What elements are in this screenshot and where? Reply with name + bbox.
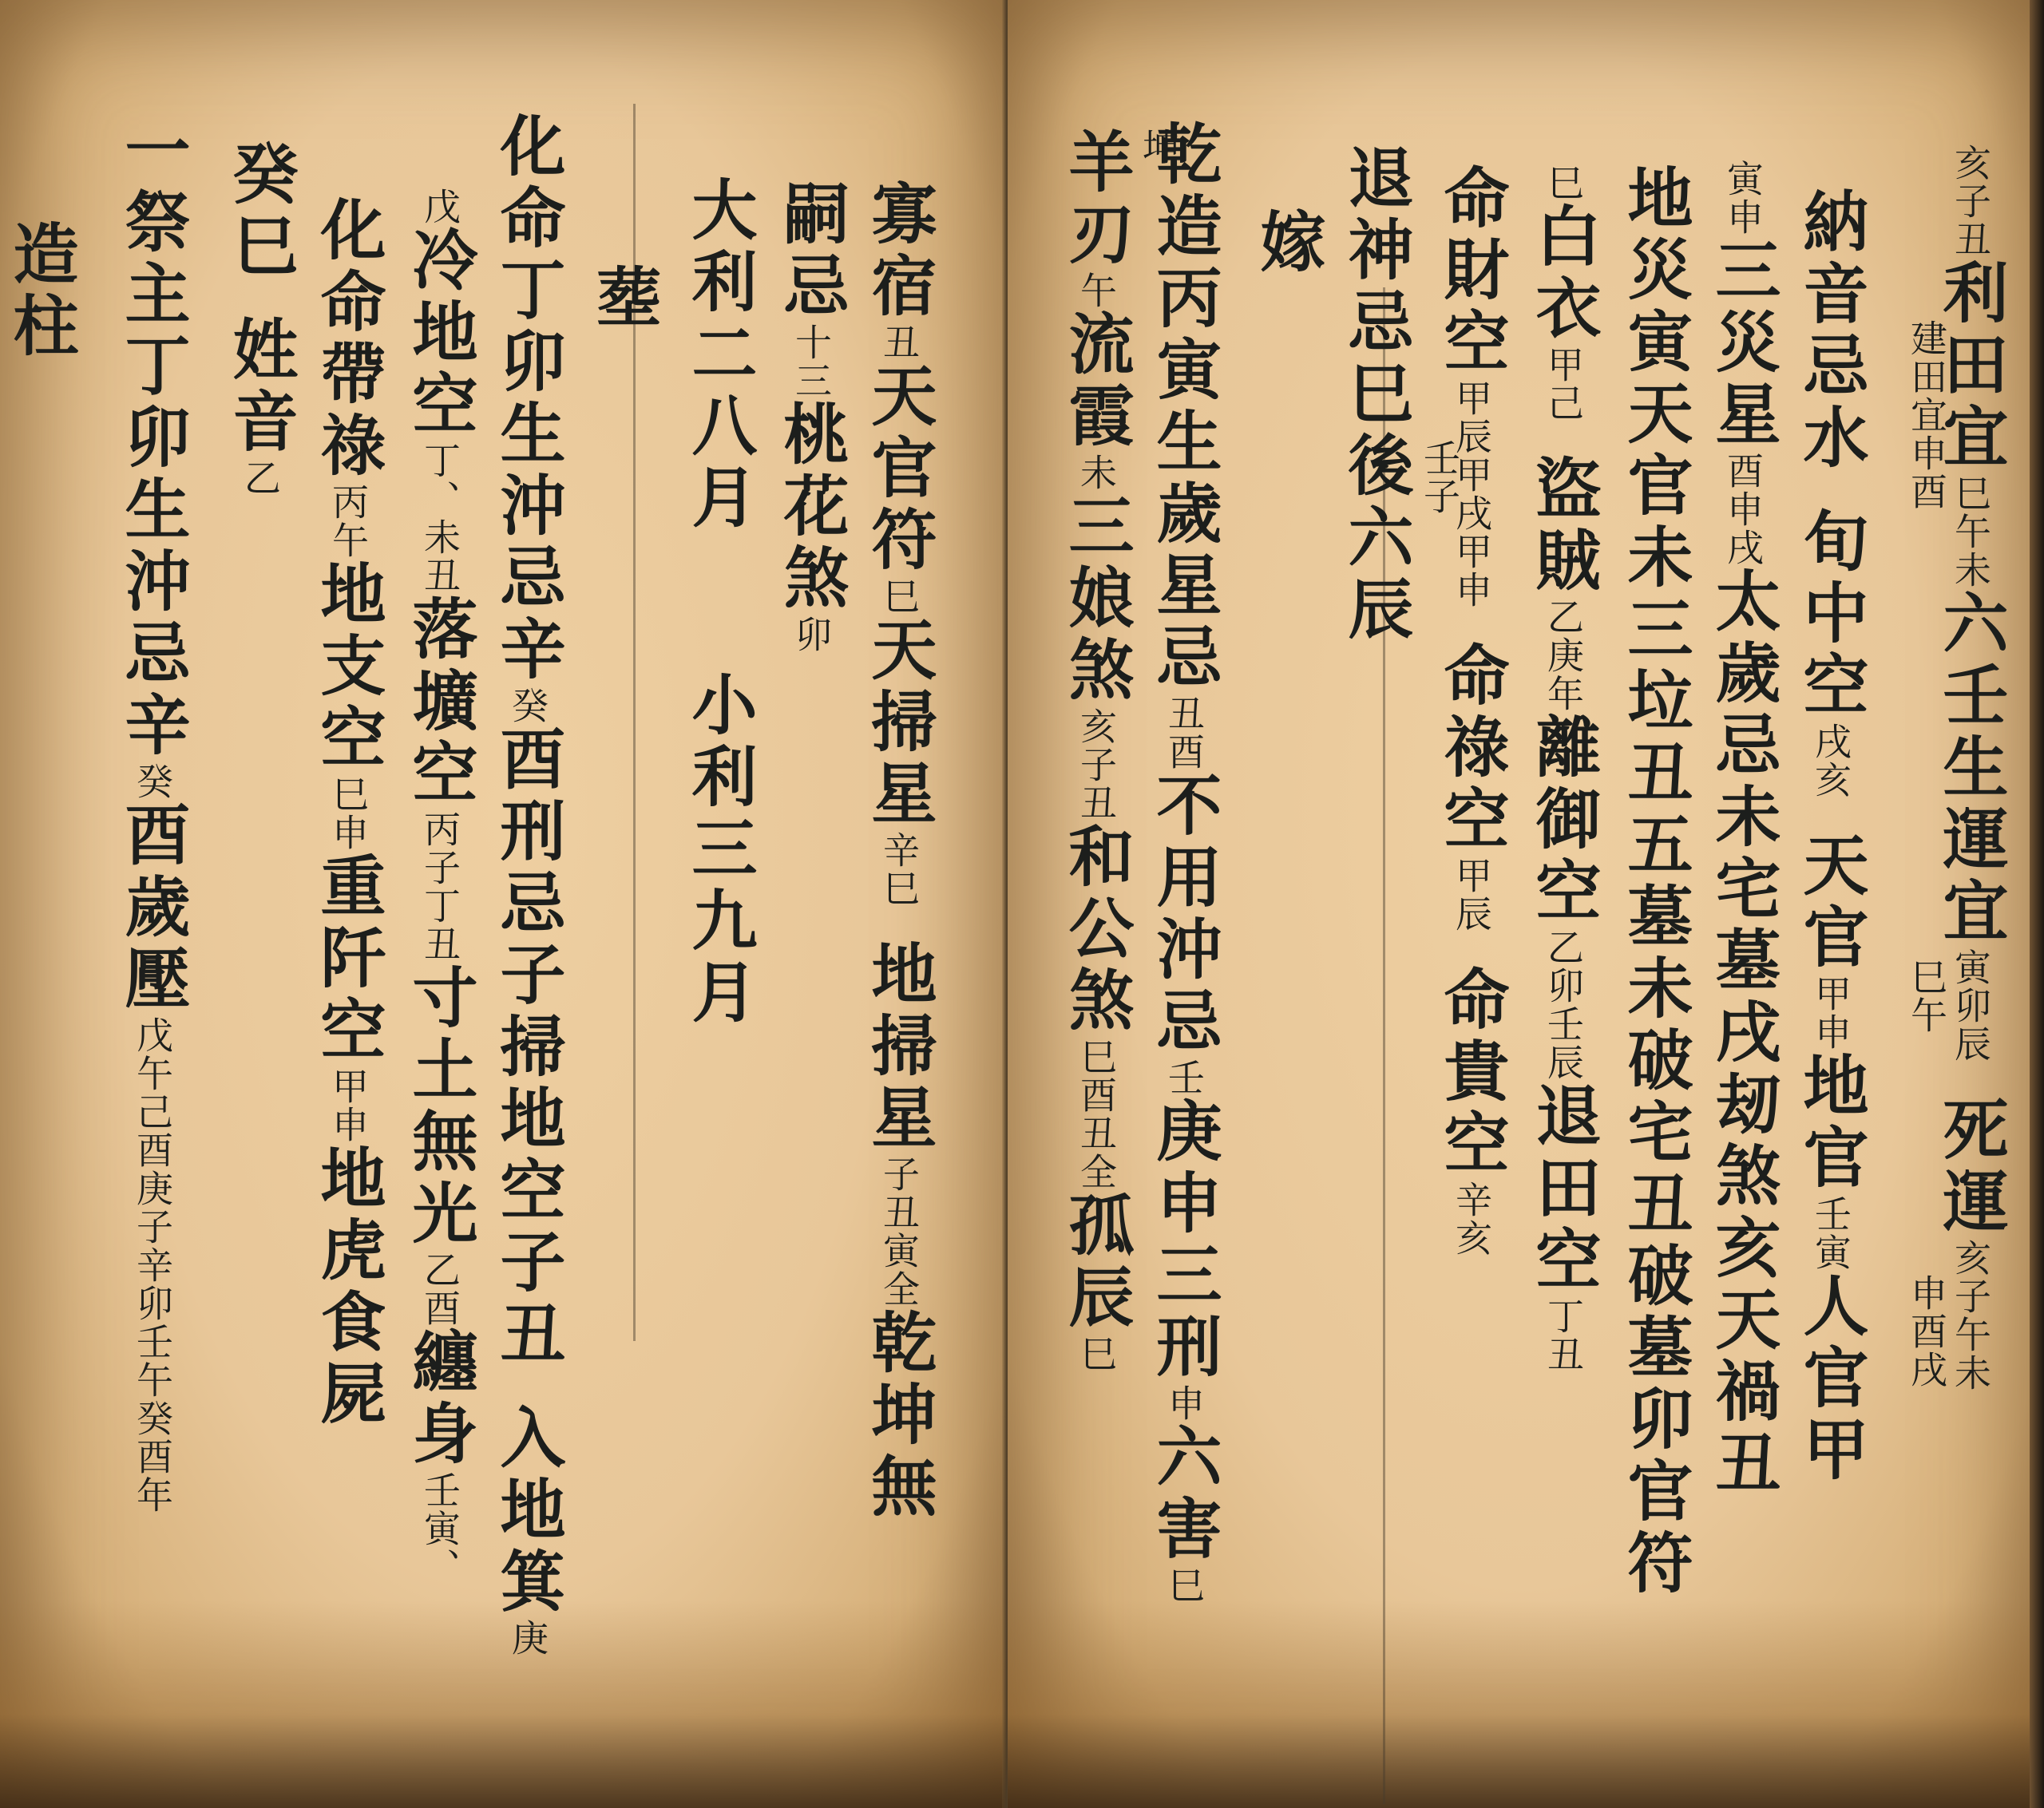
text: 地災寅天官未三垃丑五墓未破宅丑破墓卯官符 xyxy=(1617,164,1693,1600)
section-heading: 嫁 xyxy=(1250,208,1326,279)
annotation: 壬寅、 xyxy=(418,1471,461,1586)
text: 寡宿 xyxy=(861,180,937,323)
text: 入地 xyxy=(489,1403,566,1547)
text: 癸巳 xyxy=(222,140,299,283)
section-heading: 塟 xyxy=(585,263,662,335)
annotation: 申酉 xyxy=(1905,434,1948,511)
text: 地支空 xyxy=(310,560,386,775)
text: 三災星 xyxy=(1705,236,1781,452)
column-r9-heading: 嫁 xyxy=(1255,208,1321,279)
annotation: 癸 xyxy=(506,686,549,725)
text: 重阡空 xyxy=(310,852,386,1067)
text: 箕 xyxy=(489,1547,566,1619)
text: 一祭主丁卯生沖忌 xyxy=(114,116,191,690)
annotation: 巳申 xyxy=(327,775,370,852)
text: 刼煞亥 xyxy=(1705,1070,1781,1285)
column-l3: 大利二八月小利三九月 xyxy=(687,176,752,1030)
text: 大利二八月 xyxy=(681,176,758,535)
annotation: 申 xyxy=(1163,1384,1206,1422)
text: 化命丁卯生沖忌 xyxy=(489,112,566,615)
text: 地虎食屍 xyxy=(310,1144,386,1431)
text: 地掃星 xyxy=(861,940,937,1155)
column-l4-heading: 塟 xyxy=(591,263,656,335)
column-l9: 一祭主丁卯生沖忌辛癸酉歲壓戊午己酉庚子辛卯壬午癸酉年 xyxy=(120,116,185,1514)
text: 嗣忌 xyxy=(773,180,850,323)
annotation: 丁、未 xyxy=(418,441,461,556)
text: 納音忌水 xyxy=(1792,188,1869,475)
column-l1: 寡宿丑天官符巳天掃星辛巳地掃星子丑寅全乾坤無 xyxy=(866,180,932,1524)
column-r10-note: 坤 xyxy=(1126,128,1191,166)
annotation: 丙午 xyxy=(327,483,370,560)
text: 化命帶祿 xyxy=(310,196,386,483)
annotation: 甲申 xyxy=(327,1067,370,1144)
annotation: 巳 xyxy=(1075,1335,1118,1373)
text: 太歲忌未 xyxy=(1705,567,1781,854)
column-l7: 化命帶祿丙午地支空巳申重阡空甲申地虎食屍 xyxy=(315,196,381,1431)
annotation: 丁丑 xyxy=(1542,1297,1585,1374)
annotation: 丑 xyxy=(877,323,921,362)
annotation: 壬子 xyxy=(1418,439,1461,516)
annotation: 丑 xyxy=(418,556,461,595)
text: 命祿空 xyxy=(1433,641,1510,857)
column-l6: 戊冷地空丁、未丑落壙空丙子丁丑寸土無光乙酉纏身壬寅、 xyxy=(407,188,473,1586)
annotation: 壬 xyxy=(1163,1058,1206,1097)
annotation: 丙子丁丑 xyxy=(418,810,461,963)
text: 造丙寅生歲星忌 xyxy=(1146,192,1222,694)
column-r7: 命財空甲辰甲戌甲申命祿空甲辰命貴空辛亥 xyxy=(1439,164,1504,1257)
text: 天官 xyxy=(1792,831,1869,975)
annotation: 戊 xyxy=(418,188,461,226)
text: 白衣 xyxy=(1525,202,1602,346)
text: 天禍丑 xyxy=(1705,1285,1781,1501)
text: 宅墓戌 xyxy=(1705,854,1781,1070)
text: 羊刃 xyxy=(1058,128,1135,271)
column-l2: 嗣忌十三桃花煞卯 xyxy=(778,180,844,654)
text: 盜賊 xyxy=(1525,454,1602,598)
water-stain xyxy=(1008,1600,2044,1808)
text: 冷地空 xyxy=(402,226,478,441)
annotation: 乙酉 xyxy=(418,1251,461,1327)
column-l5: 化命丁卯生沖忌辛癸酉刑忌子掃地空子丑入地箕庚 xyxy=(495,112,561,1657)
text: 辛 xyxy=(114,690,191,762)
text: 天掃星 xyxy=(861,615,937,831)
column-l8: 癸巳姓音乙 xyxy=(228,140,293,497)
book-edge xyxy=(2030,0,2044,1808)
text: 命財空 xyxy=(1433,164,1510,379)
right-page: 亥子丑利田宜巳午未六壬生運宜寅卯辰死運亥子午未 建田宜申酉巳午申酉戌 納音忌水旬… xyxy=(1008,0,2044,1808)
annotation: 乙卯壬辰 xyxy=(1542,928,1585,1082)
annotation: 壬寅 xyxy=(1809,1195,1852,1272)
text: 退田空 xyxy=(1525,1082,1602,1297)
text: 纏身 xyxy=(402,1327,478,1471)
text: 六害 xyxy=(1146,1422,1222,1566)
text: 退神忌巳後六辰 xyxy=(1337,144,1414,647)
text: 天官符 xyxy=(861,362,937,577)
annotation: 未 xyxy=(1075,453,1118,492)
annotation: 午 xyxy=(1075,271,1118,310)
column-l10-heading: 造柱 xyxy=(8,220,73,363)
text: 乾坤無 xyxy=(861,1308,937,1524)
left-page: 寡宿丑天官符巳天掃星辛巳地掃星子丑寅全乾坤無 嗣忌十三桃花煞卯 大利二八月小利三… xyxy=(0,0,1008,1808)
text: 辛 xyxy=(489,615,566,686)
text: 落壙空 xyxy=(402,595,478,810)
annotation: 甲申 xyxy=(1809,975,1852,1051)
column-r2: 建田宜申酉巳午申酉戌 xyxy=(1894,319,1959,1389)
text: 小利三九月 xyxy=(681,671,758,1030)
annotation: 酉申戌 xyxy=(1721,452,1765,567)
column-r4: 寅申三災星酉申戌太歲忌未宅墓戌刼煞亥天禍丑 xyxy=(1710,160,1776,1501)
text: 寸土無光 xyxy=(402,963,478,1251)
column-r11: 羊刃午流霞未三娘煞亥子丑和公煞巳酉丑全孤辰巳 xyxy=(1064,128,1129,1373)
annotation: 亥子丑 xyxy=(1949,144,1992,259)
annotation: 乙庚年 xyxy=(1542,598,1585,713)
book-spread: 寡宿丑天官符巳天掃星辛巳地掃星子丑寅全乾坤無 嗣忌十三桃花煞卯 大利二八月小利三… xyxy=(0,0,2044,1808)
text: 酉刑忌子掃地空 xyxy=(489,725,566,1228)
annotation: 巳酉丑全 xyxy=(1075,1038,1118,1191)
annotation: 乙 xyxy=(239,459,282,497)
text: 子丑 xyxy=(489,1228,566,1371)
text: 地官 xyxy=(1792,1051,1869,1195)
annotation: 癸 xyxy=(131,762,174,801)
column-r10: 乾造丙寅生歲星忌丑酉不用沖忌壬庚申三刑申六害巳 xyxy=(1151,120,1217,1604)
annotation: 庚 xyxy=(506,1619,549,1657)
text: 旬中空 xyxy=(1792,507,1869,722)
annotation: 甲辰 xyxy=(1450,857,1493,933)
annotation: 卯 xyxy=(790,615,833,654)
annotation: 巳午 xyxy=(1905,958,1948,1035)
text: 孤辰 xyxy=(1058,1191,1135,1335)
annotation: 巳 xyxy=(1163,1566,1206,1604)
text: 不用沖忌 xyxy=(1146,771,1222,1058)
annotation: 坤 xyxy=(1137,128,1180,166)
annotation: 戊午己酉庚子辛卯壬午癸酉年 xyxy=(131,1016,174,1514)
column-r3: 納音忌水旬中空戌亥天官甲申地官壬寅人官甲 xyxy=(1798,188,1864,1487)
annotation: 十三 xyxy=(790,323,833,400)
text: 酉歲壓 xyxy=(114,801,191,1016)
text: 離御空 xyxy=(1525,713,1602,928)
text: 和公煞 xyxy=(1058,822,1135,1038)
annotation: 亥子丑 xyxy=(1075,707,1118,822)
section-heading: 造柱 xyxy=(2,220,79,363)
annotation: 子丑寅全 xyxy=(877,1155,921,1308)
annotation: 辛亥 xyxy=(1450,1181,1493,1257)
column-r8: 退神忌巳後六辰 xyxy=(1343,144,1408,647)
column-r5: 地災寅天官未三垃丑五墓未破宅丑破墓卯官符 xyxy=(1622,164,1688,1600)
annotation: 申酉戌 xyxy=(1905,1274,1948,1389)
annotation: 巳 xyxy=(877,577,921,615)
annotation: 建田宜 xyxy=(1905,319,1948,434)
text: 人官甲 xyxy=(1792,1272,1869,1487)
annotation: 丑酉 xyxy=(1163,694,1206,771)
column-r7-note: 壬子 xyxy=(1407,439,1472,516)
text: 命貴空 xyxy=(1433,965,1510,1181)
annotation: 甲己 xyxy=(1542,346,1585,422)
text: 流霞 xyxy=(1058,310,1135,453)
annotation: 寅申 xyxy=(1721,160,1765,236)
text: 桃花煞 xyxy=(773,400,850,615)
annotation: 辛巳 xyxy=(877,831,921,908)
text: 三娘煞 xyxy=(1058,492,1135,707)
text: 姓音 xyxy=(222,315,299,459)
annotation: 戌亥 xyxy=(1809,722,1852,799)
text: 庚申三刑 xyxy=(1146,1097,1222,1384)
annotation: 巳 xyxy=(1542,164,1585,202)
column-r6: 巳白衣甲己盜賊乙庚年離御空乙卯壬辰退田空丁丑 xyxy=(1531,164,1596,1374)
